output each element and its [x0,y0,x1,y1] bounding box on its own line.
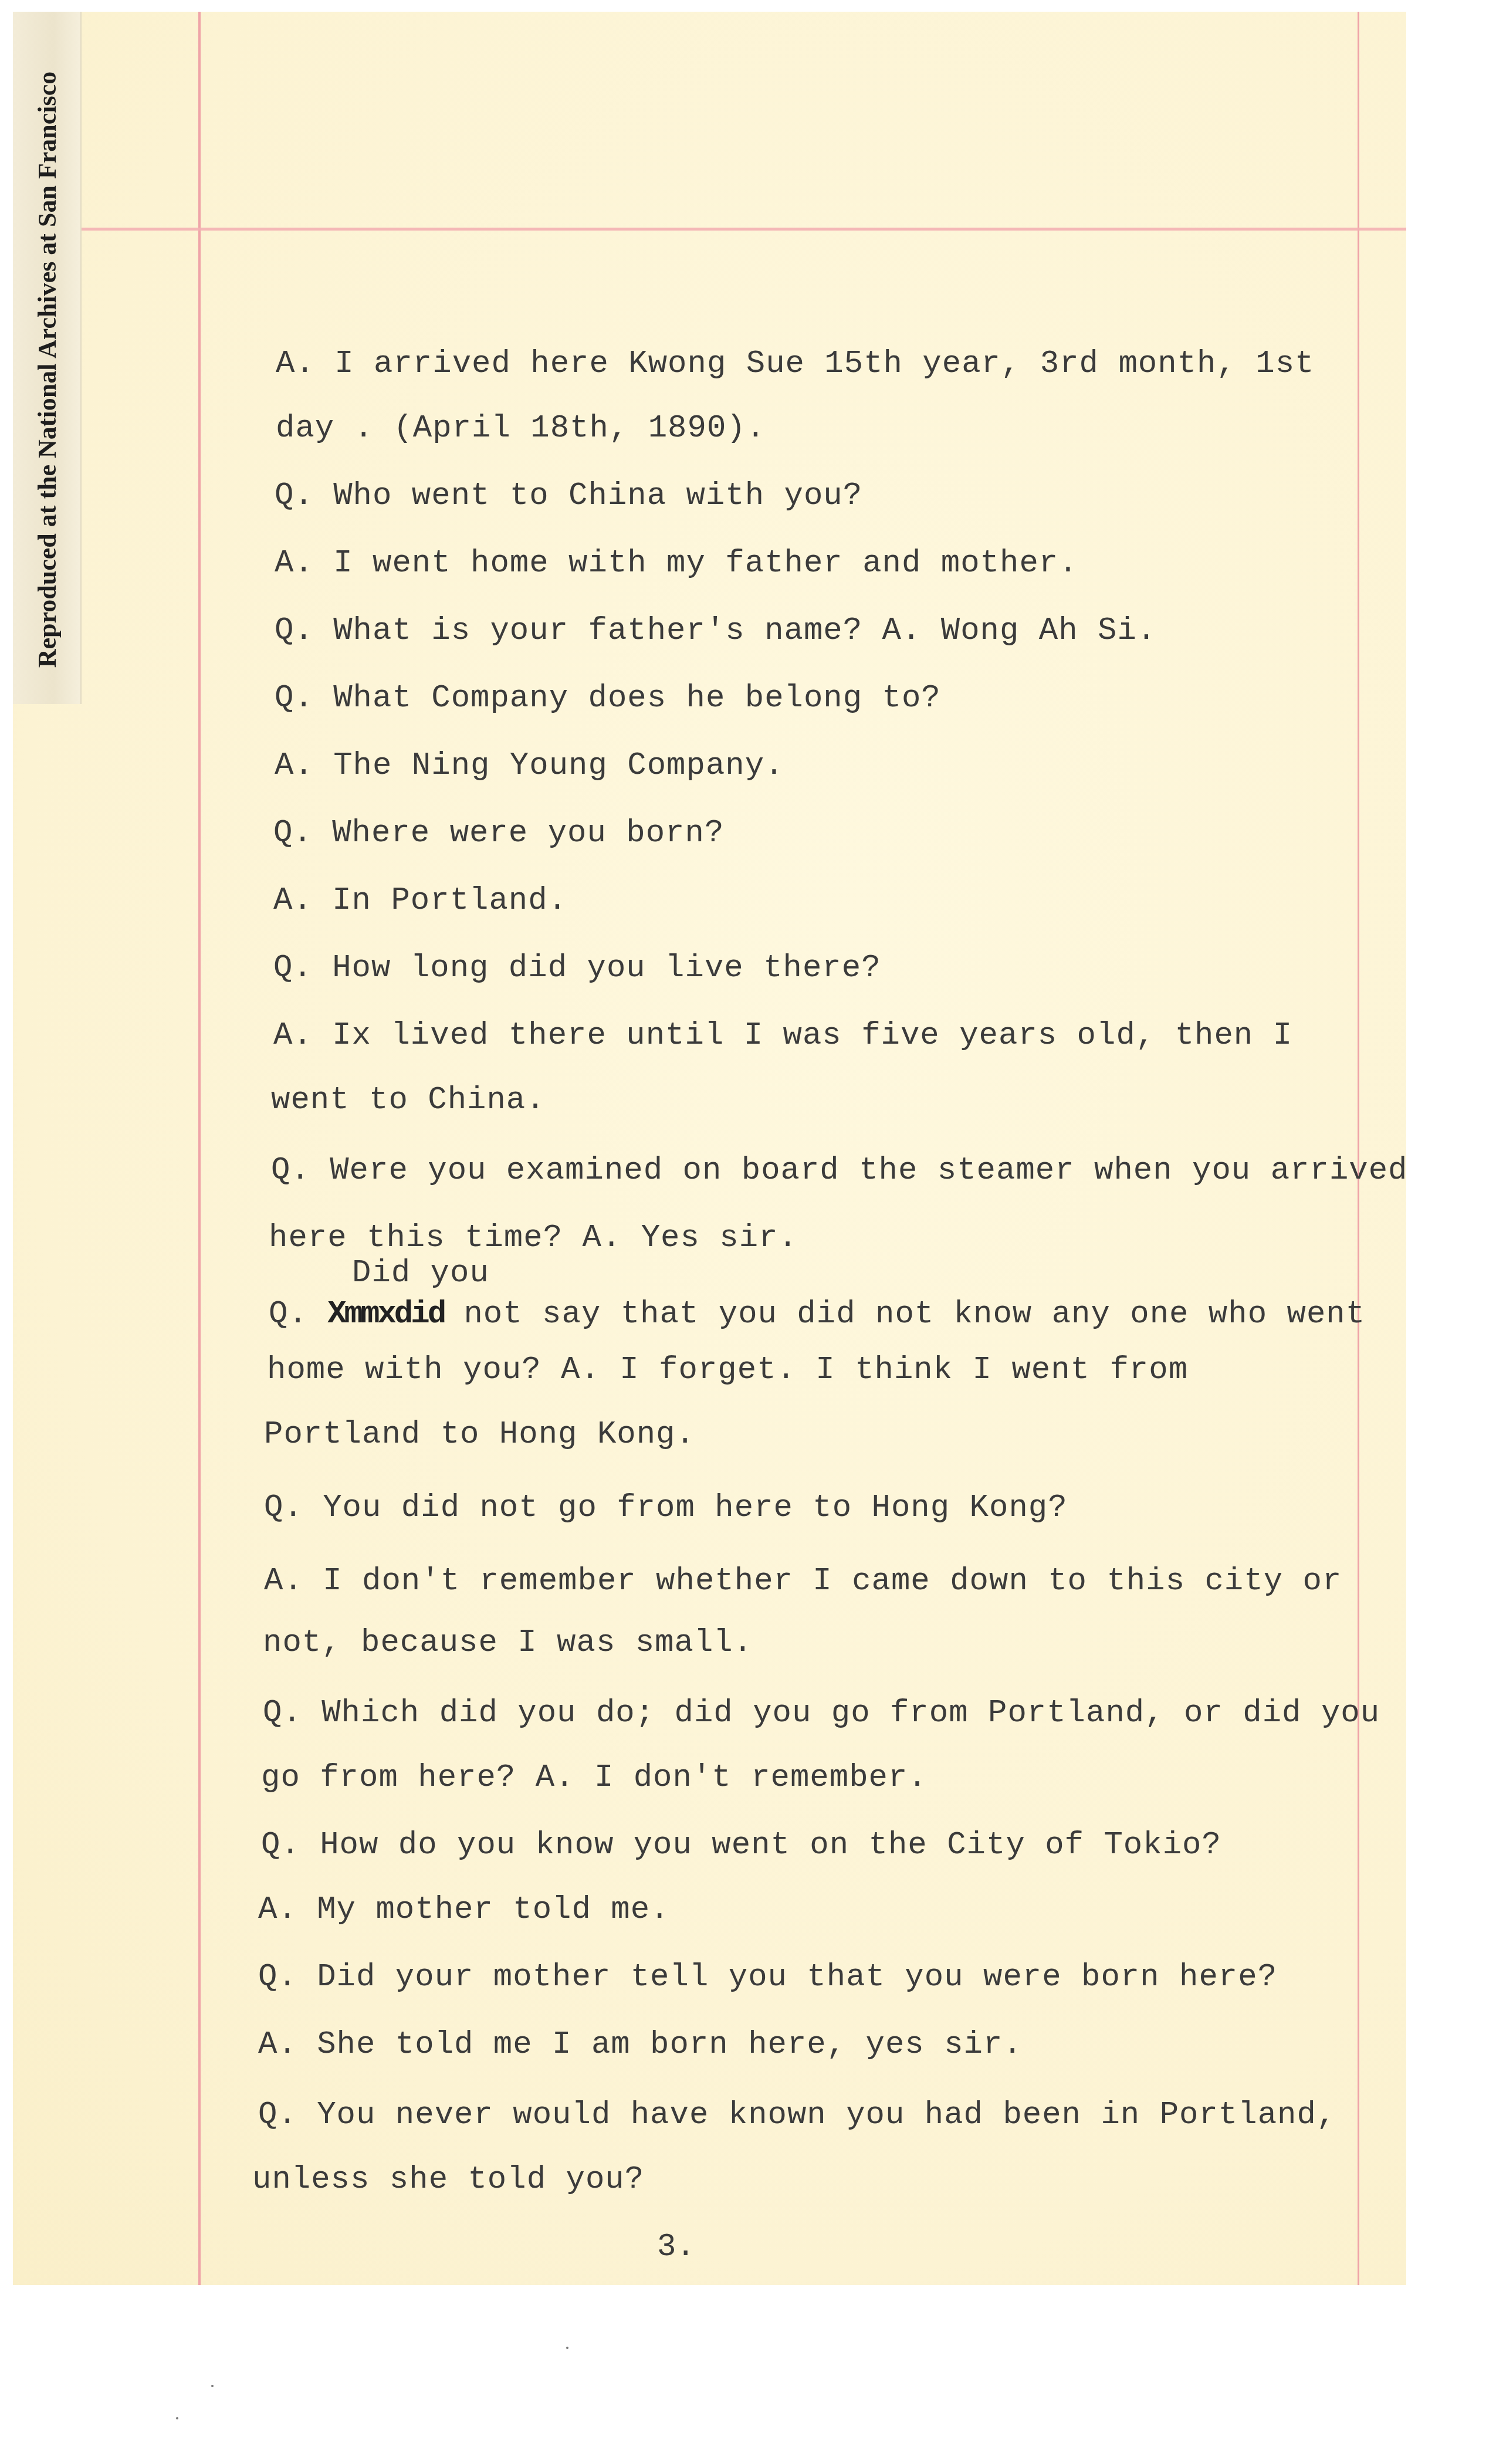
transcript-line: Q. What Company does he belong to? [275,681,941,716]
transcript-line: Q. You did not go from here to Hong Kong… [264,1490,1068,1526]
archive-stamp: Reproduced at the National Archives at S… [32,72,62,668]
transcript-line: day . (April 18th, 1890). [276,411,766,446]
transcript-line: not, because I was small. [263,1625,753,1661]
transcript-line: A. I don't remember whether I came down … [264,1563,1342,1599]
transcript-line: here this time? A. Yes sir. [269,1220,798,1256]
top-header-rule [13,228,1406,231]
transcript-line: Q. You never would have known you had be… [258,2097,1336,2133]
scan-speck [176,2417,178,2419]
transcript-line: Q. Did your mother tell you that you wer… [258,1959,1277,1995]
scan-speck [566,2347,568,2349]
transcript-line: home with you? A. I forget. I think I we… [267,1352,1188,1388]
transcript-line: A. Ix lived there until I was five years… [273,1018,1292,1054]
left-margin-rule [198,12,201,2285]
transcript-line: unless she told you? [252,2162,644,2198]
transcript-line: A. I arrived here Kwong Sue 15th year, 3… [276,346,1314,382]
transcript-line: Q. Xmmxdid not say that you did not know… [269,1297,1365,1332]
transcript-line: Q. Where were you born? [273,815,724,851]
transcript-line: Q. What is your father's name? A. Wong A… [275,613,1156,649]
transcript-line: A. She told me I am born here, yes sir. [258,2027,1023,2063]
transcript-line: go from here? A. I don't remember. [261,1760,928,1796]
struck-out-text: Xmmxdid [327,1297,444,1332]
transcript-line: Portland to Hong Kong. [264,1417,695,1453]
transcript-line: A. I went home with my father and mother… [275,546,1078,581]
transcript-line: A. In Portland. [273,883,567,919]
transcript-line: A. My mother told me. [258,1892,670,1928]
transcript-line: Q. Were you examined on board the steame… [271,1153,1408,1189]
scan-speck [211,2385,214,2387]
transcript-line: went to China. [271,1082,546,1118]
transcript-line: Q. How do you know you went on the City … [261,1827,1221,1863]
transcript-line: A. The Ning Young Company. [275,748,784,784]
transcript-line: Q. Who went to China with you? [275,478,862,514]
transcript-line: Q. Which did you do; did you go from Por… [263,1695,1380,1731]
transcript-line: Q. How long did you live there? [273,950,881,986]
right-margin-rule [1358,12,1359,2285]
line-prefix: Q. [269,1297,327,1332]
page-number: 3. [657,2229,695,2265]
interlinear-correction: Did you [352,1255,489,1291]
line-text: not say that you did not know any one wh… [444,1297,1365,1332]
